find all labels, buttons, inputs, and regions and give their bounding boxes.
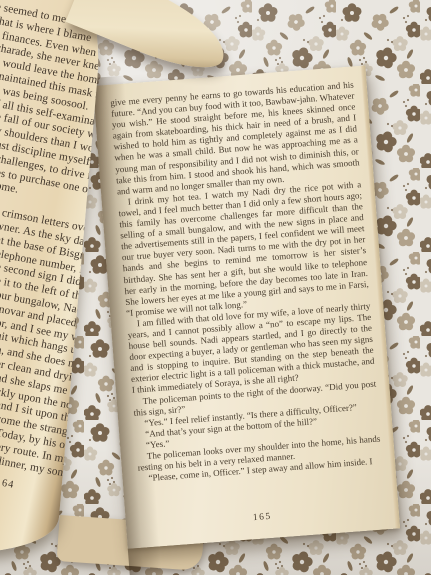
right-page: give me every penny he earns to go towar… <box>93 66 400 549</box>
paragraph: I drink my hot tea. I watch my Nadi dry … <box>117 179 369 319</box>
paragraph: give me every penny he earns to go towar… <box>110 79 361 197</box>
page-number-right: 165 <box>126 502 399 532</box>
right-page-text: give me every penny he earns to go towar… <box>110 79 382 484</box>
book-photo: give me every penny he earns to go towar… <box>0 0 431 575</box>
